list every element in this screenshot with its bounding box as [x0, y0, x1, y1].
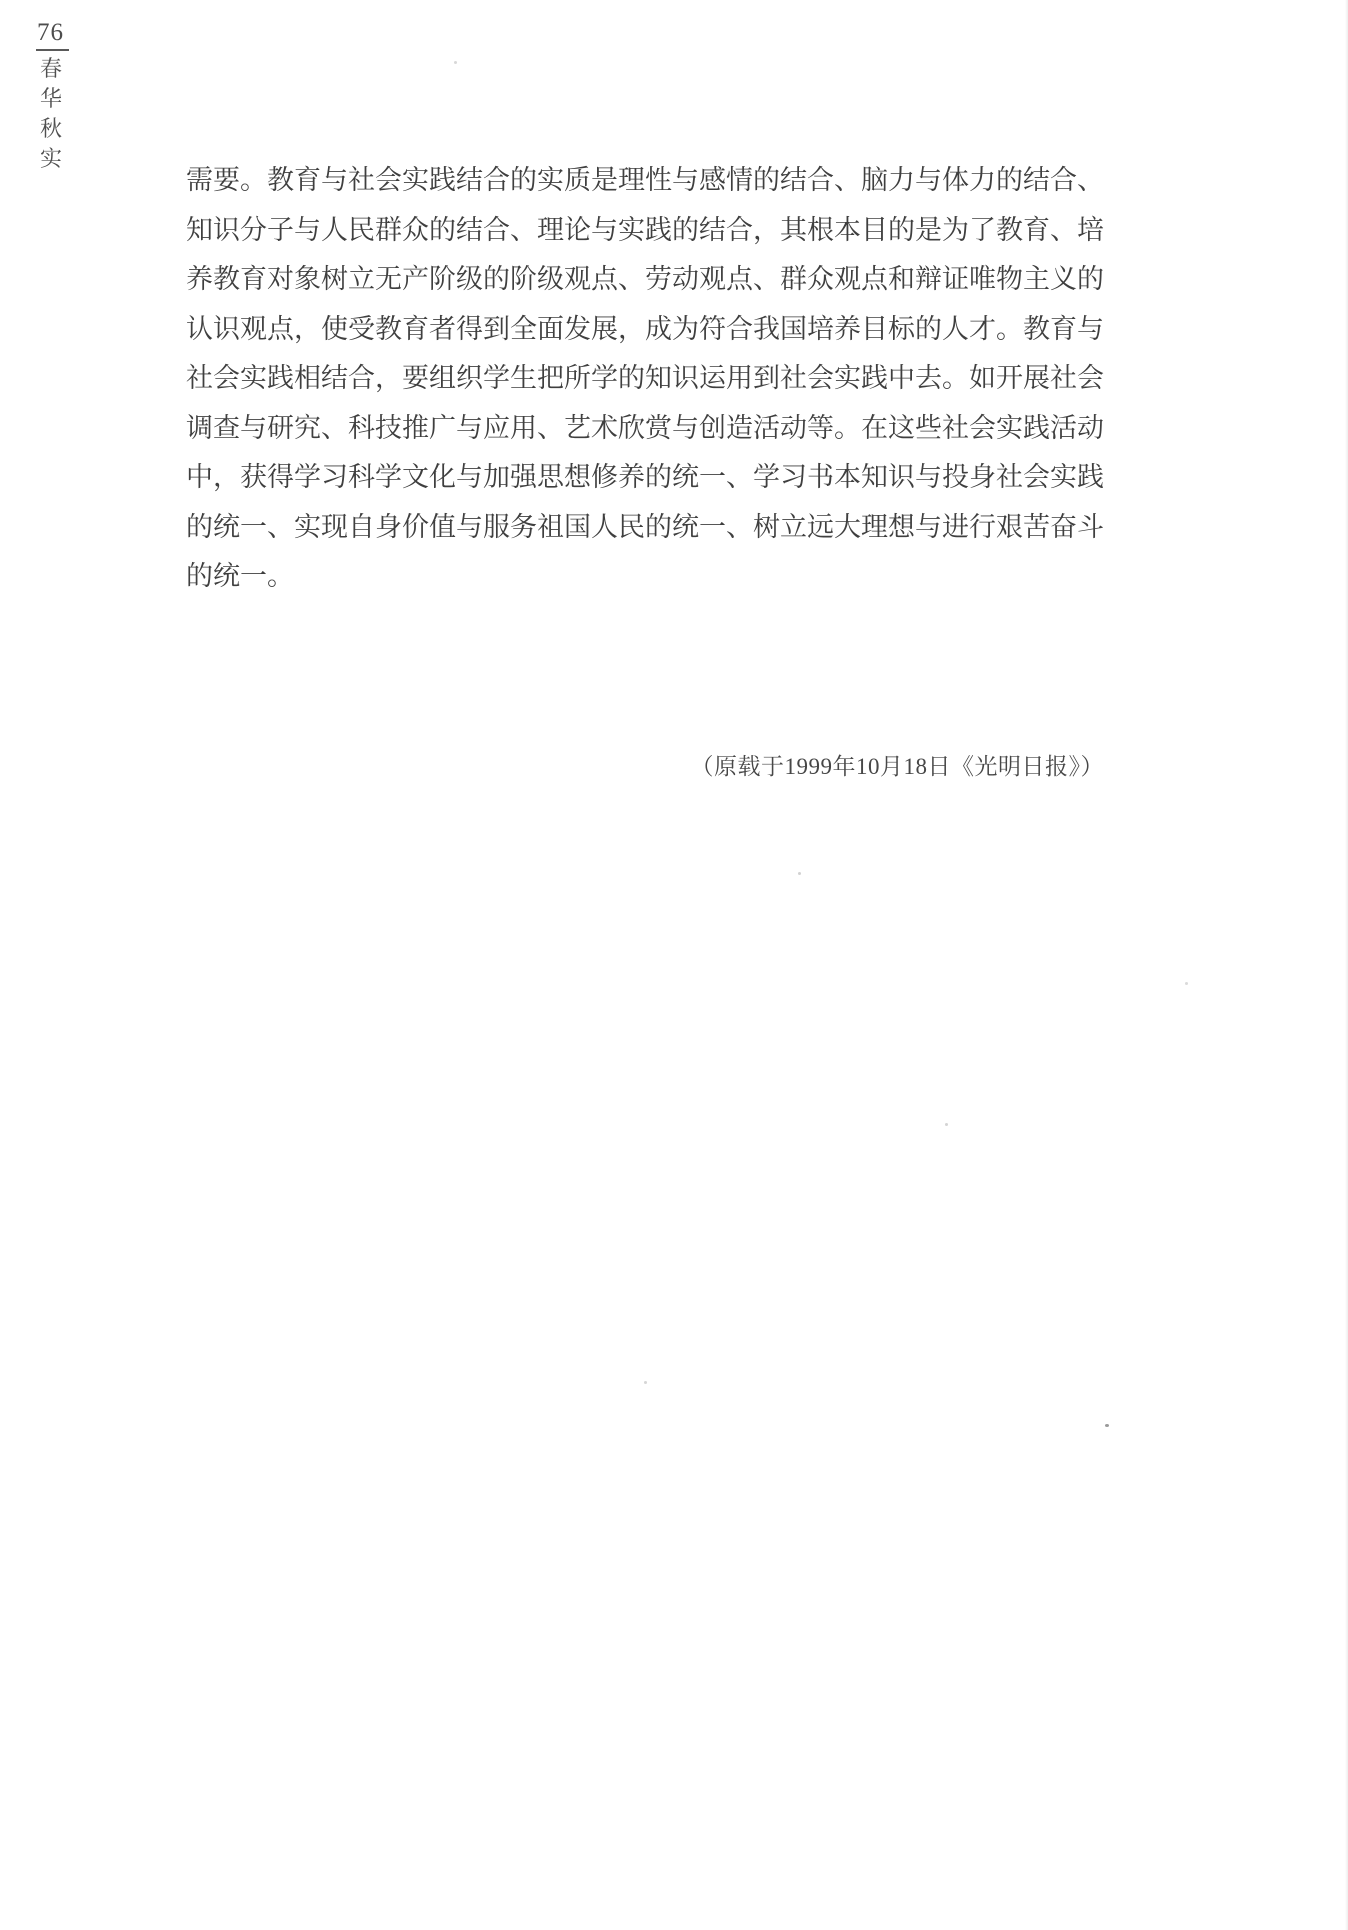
paragraph-line: 知识分子与人民群众的结合、理论与实践的结合，其根本目的是为了教育、培: [186, 206, 1108, 256]
paragraph-line: 中，获得学习科学文化与加强思想修养的统一、学习书本知识与投身社会实践: [186, 453, 1108, 503]
paragraph-line: 的统一。: [186, 552, 1108, 602]
page-number: 76: [36, 20, 69, 51]
paragraph-line: 需要。教育与社会实践结合的实质是理性与感情的结合、脑力与体力的结合、: [186, 156, 1108, 206]
scan-speck: [644, 1381, 647, 1384]
paragraph-line: 的统一、实现自身价值与服务祖国人民的统一、树立远大理想与进行艰苦奋斗: [186, 503, 1108, 553]
page-header: 76 春 华 秋 实: [36, 20, 69, 170]
scan-speck: [454, 61, 457, 64]
book-title-char: 秋: [40, 118, 69, 140]
book-title-vertical: 春 华 秋 实: [40, 58, 69, 170]
scan-speck: [1185, 982, 1188, 985]
book-title-char: 华: [40, 88, 69, 110]
paragraph-line: 调查与研究、科技推广与应用、艺术欣赏与创造活动等。在这些社会实践活动: [186, 404, 1108, 454]
scan-speck: [1105, 1424, 1109, 1427]
paragraph-line: 认识观点，使受教育者得到全面发展，成为符合我国培养目标的人才。教育与: [186, 305, 1108, 355]
paragraph-line: 社会实践相结合，要组织学生把所学的知识运用到社会实践中去。如开展社会: [186, 354, 1108, 404]
scanned-book-page: 76 春 华 秋 实 需要。教育与社会实践结合的实质是理性与感情的结合、脑力与体…: [0, 0, 1348, 1930]
paragraph-line: 养教育对象树立无产阶级的阶级观点、劳动观点、群众观点和辩证唯物主义的: [186, 255, 1108, 305]
book-title-char: 春: [40, 58, 69, 80]
scan-speck: [945, 1123, 948, 1126]
source-citation: （原载于1999年10月18日《光明日报》）: [186, 748, 1104, 781]
main-paragraph: 需要。教育与社会实践结合的实质是理性与感情的结合、脑力与体力的结合、 知识分子与…: [186, 156, 1108, 602]
book-title-char: 实: [40, 148, 69, 170]
scan-speck: [798, 872, 801, 875]
